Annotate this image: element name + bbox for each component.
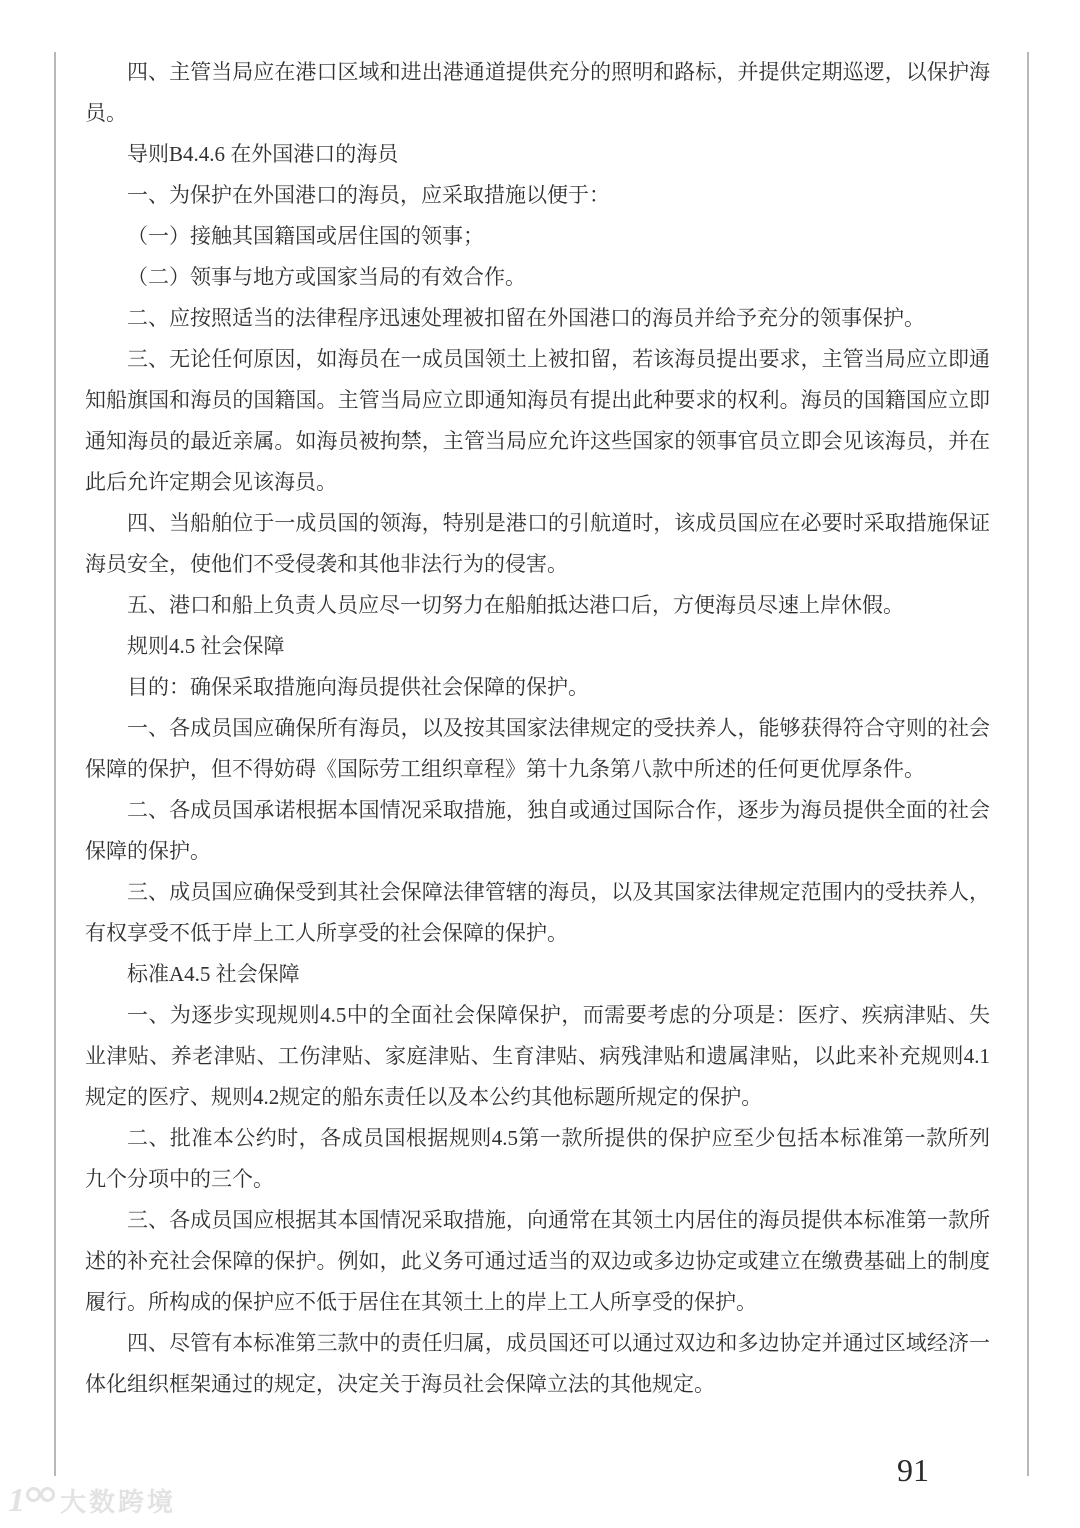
paragraph: 三、无论任何原因，如海员在一成员国领土上被扣留，若该海员提出要求，主管当局应立即… bbox=[85, 339, 990, 503]
paragraph: （一）接触其国籍国或居住国的领事； bbox=[85, 216, 990, 257]
paragraph: 目的：确保采取措施向海员提供社会保障的保护。 bbox=[85, 667, 990, 708]
document-body: 四、主管当局应在港口区域和进出港通道提供充分的照明和路标，并提供定期巡逻，以保护… bbox=[85, 52, 990, 1405]
paragraph: 三、成员国应确保受到其社会保障法律管辖的海员，以及其国家法律规定范围内的受扶养人… bbox=[85, 872, 990, 954]
paragraph: 四、尽管有本标准第三款中的责任归属，成员国还可以通过双边和多边协定并通过区域经济… bbox=[85, 1323, 990, 1405]
paragraph: 二、应按照适当的法律程序迅速处理被扣留在外国港口的海员并给予充分的领事保护。 bbox=[85, 298, 990, 339]
page-border-right bbox=[1027, 52, 1029, 1476]
paragraph: 四、当船舶位于一成员国的领海，特别是港口的引航道时，该成员国应在必要时采取措施保… bbox=[85, 503, 990, 585]
watermark-brand: 大数跨境 bbox=[60, 1482, 176, 1519]
paragraph: 一、为逐步实现规则4.5中的全面社会保障保护，而需要考虑的分项是：医疗、疾病津贴… bbox=[85, 995, 990, 1118]
paragraph: 五、港口和船上负责人员应尽一切努力在船舶抵达港口后，方便海员尽速上岸休假。 bbox=[85, 585, 990, 626]
watermark-logo-icon: 1 bbox=[8, 1483, 60, 1519]
watermark: 1 大数跨境 bbox=[8, 1482, 176, 1519]
document-page: 四、主管当局应在港口区域和进出港通道提供充分的照明和路标，并提供定期巡逻，以保护… bbox=[0, 0, 1080, 1528]
paragraph: 导则B4.4.6 在外国港口的海员 bbox=[85, 134, 990, 175]
paragraph: 一、各成员国应确保所有海员，以及按其国家法律规定的受扶养人，能够获得符合守则的社… bbox=[85, 708, 990, 790]
paragraph: 标准A4.5 社会保障 bbox=[85, 954, 990, 995]
paragraph: 四、主管当局应在港口区域和进出港通道提供充分的照明和路标，并提供定期巡逻，以保护… bbox=[85, 52, 990, 134]
page-border-left bbox=[54, 52, 56, 1476]
paragraph: （二）领事与地方或国家当局的有效合作。 bbox=[85, 257, 990, 298]
page-number: 91 bbox=[897, 1452, 929, 1489]
paragraph: 一、为保护在外国港口的海员，应采取措施以便于： bbox=[85, 175, 990, 216]
paragraph: 三、各成员国应根据其本国情况采取措施，向通常在其领土内居住的海员提供本标准第一款… bbox=[85, 1200, 990, 1323]
paragraph: 二、批准本公约时，各成员国根据规则4.5第一款所提供的保护应至少包括本标准第一款… bbox=[85, 1118, 990, 1200]
paragraph: 二、各成员国承诺根据本国情况采取措施，独自或通过国际合作，逐步为海员提供全面的社… bbox=[85, 790, 990, 872]
paragraph: 规则4.5 社会保障 bbox=[85, 626, 990, 667]
